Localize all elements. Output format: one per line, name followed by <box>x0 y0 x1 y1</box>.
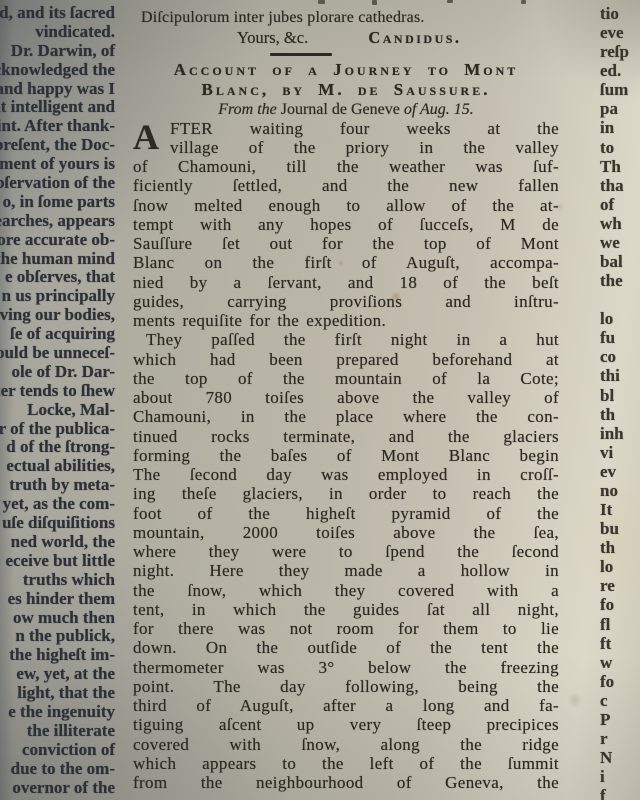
left-column-line: bſervation of the <box>0 174 115 193</box>
left-column-line: ment of yours is <box>0 155 115 174</box>
article-title-line-2: Blanc, by M. de Saussure. <box>133 80 559 100</box>
body-line: for there was not room for them to lie <box>133 619 559 638</box>
left-column-line: vindicated. <box>0 23 115 42</box>
left-column-line: ſe of acquiring <box>0 325 115 344</box>
right-column-line: bu <box>600 519 640 538</box>
article-title-line-1: Account of a Journey to Mont <box>133 60 559 80</box>
right-column-line: the <box>600 271 640 290</box>
article-byline: From the Journal de Geneve of Aug. 15. <box>133 100 559 119</box>
left-column-line: the illiterate <box>0 722 115 741</box>
right-column-line: ſum <box>600 80 640 99</box>
right-column-line: c <box>600 691 640 710</box>
right-column-line: thi <box>600 366 640 385</box>
right-column-line: Th <box>600 157 640 176</box>
right-column-line: w <box>600 653 640 672</box>
byline-source: Journal de Geneve <box>281 101 400 118</box>
left-column-line: ole of Dr. Dar- <box>0 363 115 382</box>
right-column-line: no <box>600 481 640 500</box>
cut-glyph-mark <box>521 0 526 4</box>
left-column-line: rint. After thank- <box>0 117 115 136</box>
body-line: Blanc on the firſt of Auguſt, accompa- <box>133 253 559 272</box>
right-column-line: inh <box>600 424 640 443</box>
right-column-line: to <box>600 138 640 157</box>
right-column-line: fo <box>600 595 640 614</box>
body-line: nied by a ſervant, and 18 of the beſt <box>133 273 559 292</box>
left-column-line: cknowledged the <box>0 61 115 80</box>
left-column-line: es hinder them <box>0 590 115 609</box>
body-line: ing theſe glaciers, in order to reach th… <box>133 484 559 503</box>
body-line: down. On the outſide of the tent the <box>133 638 559 657</box>
body-line: about 780 toiſes above the valley of <box>133 388 559 407</box>
left-column-line: ew, yet, at the <box>0 665 115 684</box>
body-line: forming the baſes of Mont Blanc begin <box>133 446 559 465</box>
signoff-text: Yours, &c. <box>237 28 308 47</box>
latin-quote-line: Diſcipulorum inter jubes plorare cathedr… <box>133 8 559 28</box>
body-line: point. The day following, being the <box>133 677 559 696</box>
body-line: They paſſed the firſt night in a hut <box>133 330 559 349</box>
left-column-line: at intelligent and <box>0 98 115 117</box>
right-column-line: lo <box>600 557 640 576</box>
right-column-line: fu <box>600 328 640 347</box>
left-column-line: r of the publica- <box>0 420 115 439</box>
cut-glyph-mark <box>447 0 453 3</box>
paragraph-1: A FTER waiting four weeks at thevillage … <box>133 119 559 331</box>
left-column-line: o, in ſome parts <box>0 193 115 212</box>
left-column-line: ſearches, appears <box>0 212 115 231</box>
left-column-line: uſe diſquiſitions <box>0 514 115 533</box>
right-column-line: f <box>600 786 640 800</box>
body-line: tinued rocks terminate, and the glaciers <box>133 427 559 446</box>
left-column-line: preſent, the Doc- <box>0 136 115 155</box>
right-column-line: eve <box>600 23 640 42</box>
left-column-line: ned world, the <box>0 533 115 552</box>
body-line: ſnow melted enough to allow of the at- <box>133 196 559 215</box>
left-column-line: ter tends to ſhew <box>0 382 115 401</box>
right-column-cropped: tioevereſped.ſumpaintoThthaofwhwebalthel… <box>600 4 640 800</box>
left-column-line: light, that the <box>0 684 115 703</box>
right-column-line: th <box>600 405 640 424</box>
right-column-line: fl <box>600 615 640 634</box>
right-column-line: in <box>600 118 640 137</box>
right-column-line: pa <box>600 99 640 118</box>
body-line: Sauſſure ſet out for the top of Mont <box>133 234 559 253</box>
body-line: guides, carrying proviſions and inſtru- <box>133 292 559 311</box>
body-line: third of Auguſt, after a long and fa- <box>133 696 559 715</box>
body-line: covered with ſnow, along the ridge <box>133 735 559 754</box>
body-line: village of the priory in the valley <box>133 138 559 157</box>
body-line: night. Here they made a hollow in <box>133 561 559 580</box>
cut-glyph-mark <box>318 0 325 4</box>
body-line: tiguing aſcent up very ſteep precipices <box>133 715 559 734</box>
drop-cap: A <box>133 120 164 157</box>
left-column-cropped: d, and its ſacredvindicated.Dr. Darwin, … <box>0 4 115 797</box>
left-column-line: overnor of the <box>0 779 115 798</box>
right-column-line: bl <box>600 386 640 405</box>
left-column-line: truths which <box>0 571 115 590</box>
byline-italic-post: of Aug. 15. <box>400 101 474 118</box>
right-column-line: reſp <box>600 42 640 61</box>
body-line: FTER waiting four weeks at the <box>133 119 559 138</box>
left-column-line: the human mind <box>0 250 115 269</box>
body-line: the top of the mountain of la Cote; <box>133 369 559 388</box>
body-line: mountain, 2000 toiſes above the ſea, <box>133 523 559 542</box>
left-column-line: and happy was I <box>0 80 115 99</box>
left-column-line: ectual abilities, <box>0 457 115 476</box>
left-column-line: Locke, Mal- <box>0 401 115 420</box>
right-column-line: lo <box>600 309 640 328</box>
magazine-page-photo: d, and its ſacredvindicated.Dr. Darwin, … <box>0 0 640 800</box>
body-line: thermometer was 3° below the freezing <box>133 658 559 677</box>
left-column-line: the higheſt im- <box>0 646 115 665</box>
left-column-line: ould be unneceſ- <box>0 344 115 363</box>
left-column-line: eceive but little <box>0 552 115 571</box>
right-column-line: of <box>600 195 640 214</box>
byline-italic-pre: From the <box>218 101 281 118</box>
right-column-line: It <box>600 500 640 519</box>
right-column-line <box>600 290 640 309</box>
paragraph-2: They paſſed the firſt night in a hutwhic… <box>133 330 559 792</box>
right-column-line: i <box>600 767 640 786</box>
right-column-line: N <box>600 748 640 767</box>
letter-signoff-row: Yours, &c. Candidus. <box>133 28 559 48</box>
left-column-line: conviction of <box>0 741 115 760</box>
right-column-line: wh <box>600 214 640 233</box>
body-line: where they were to ſpend the ſecond <box>133 542 559 561</box>
right-column-line: co <box>600 347 640 366</box>
left-column-line: e the ingenuity <box>0 703 115 722</box>
body-line: the ſnow, which they covered with a <box>133 581 559 600</box>
left-column-line: truth by meta- <box>0 476 115 495</box>
right-column-line: ed. <box>600 61 640 80</box>
right-column-line: ft <box>600 634 640 653</box>
body-line: The ſecond day was employed in croſſ- <box>133 465 559 484</box>
body-line: from the neighbourhood of Geneva, the <box>133 773 559 792</box>
right-column-line: fo <box>600 672 640 691</box>
section-divider-rule <box>270 53 332 56</box>
cut-glyph-mark <box>372 0 377 5</box>
right-column-line: bal <box>600 252 640 271</box>
body-line: which had been prepared beforehand at <box>133 350 559 369</box>
left-column-line: Dr. Darwin, of <box>0 42 115 61</box>
body-line: of Chamouni, till the weather was ſuf- <box>133 157 559 176</box>
main-column: Diſcipulorum inter jubes plorare cathedr… <box>133 8 559 792</box>
left-column-line: n the publick, <box>0 627 115 646</box>
left-column-line: more accurate ob- <box>0 231 115 250</box>
right-column-line: re <box>600 576 640 595</box>
right-column-line: r <box>600 729 640 748</box>
left-column-line: due to the om- <box>0 760 115 779</box>
signature-text: Candidus. <box>368 28 461 47</box>
body-line: foot of the higheſt pyramid of the <box>133 504 559 523</box>
left-column-line: d, and its ſacred <box>0 4 115 23</box>
left-column-line: n us principally <box>0 287 115 306</box>
paragraph-1-lines: FTER waiting four weeks at thevillage of… <box>133 119 559 331</box>
right-column-line: th <box>600 538 640 557</box>
right-column-line: tio <box>600 4 640 23</box>
body-line: tempt with any hopes of ſucceſs, M de <box>133 215 559 234</box>
right-column-line: ev <box>600 462 640 481</box>
right-column-line: tha <box>600 176 640 195</box>
left-column-line: e obſerves, that <box>0 268 115 287</box>
body-line: which appears to the left of the ſummit <box>133 754 559 773</box>
right-column-line: vi <box>600 443 640 462</box>
left-column-line: yet, as the com- <box>0 495 115 514</box>
body-line: ficiently ſettled, and the new fallen <box>133 176 559 195</box>
left-column-line: ow much then <box>0 609 115 628</box>
body-line: ments requiſite for the expedition. <box>133 311 559 330</box>
right-column-line: P <box>600 710 640 729</box>
left-column-line: rving our bodies, <box>0 306 115 325</box>
body-line: tent, in which the guides ſat all night, <box>133 600 559 619</box>
right-column-line: we <box>600 233 640 252</box>
body-line: Chamouni, in the place where the con- <box>133 407 559 426</box>
left-column-line: d of the ſtrong- <box>0 438 115 457</box>
